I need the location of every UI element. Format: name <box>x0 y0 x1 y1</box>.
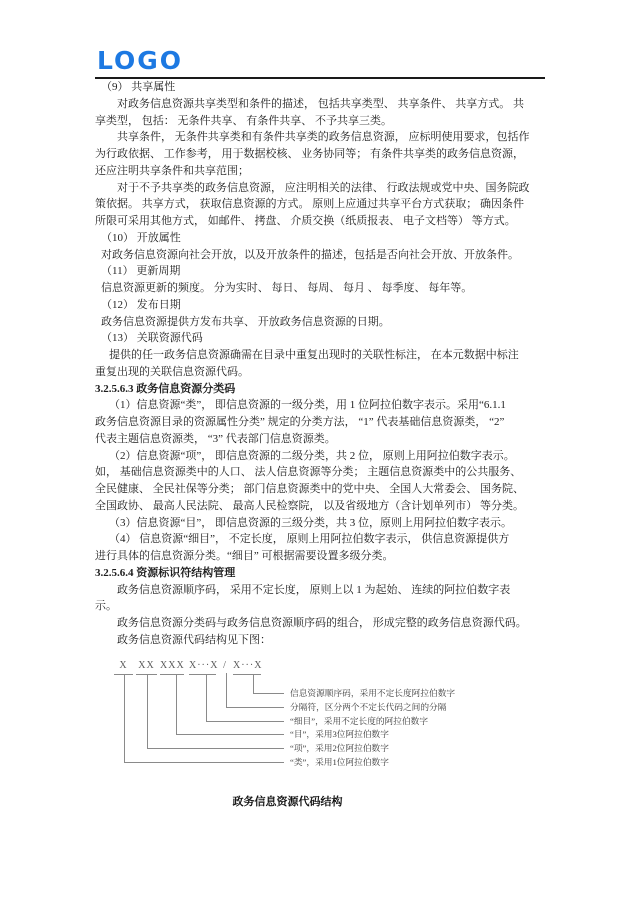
code-segment-detail: X···X <box>189 660 216 675</box>
text-line: 所限可采用其他方式， 如邮件、 拷盘、 介质交换（纸质报表、 电子文档等） 等方… <box>95 213 553 230</box>
text-line: 对于不予共享类的政务信息资源， 应注明相关的法律、 行政法规或党中央、国务院政 <box>95 180 553 197</box>
code-segment-item: XX <box>136 660 157 675</box>
connector-line <box>147 748 284 749</box>
text-line: 信息资源更新的频度。 分为实时、 每日、 每周、 每月 、 每季度、 每年等。 <box>95 280 553 297</box>
text-line: （9） 共享属性 <box>95 79 553 96</box>
connector-line <box>124 762 284 763</box>
diagram-label-separator: 分隔符，区分两个不定长代码之间的分隔 <box>290 702 446 713</box>
text-line: 政务信息资源分类码与政务信息资源顺序码的组合， 形成完整的政务信息资源代码。 <box>95 615 553 632</box>
text-line: （1）信息资源“类”， 即信息资源的一级分类，用 1 位阿拉伯数字表示。采用“6… <box>95 397 553 414</box>
text-line: 政务信息资源代码结构见下图： <box>95 632 553 649</box>
connector-line <box>206 721 284 722</box>
diagram-label-sequence: 信息资源顺序码，采用不定长度阿拉伯数字 <box>290 688 455 699</box>
text-line: 对政务信息资源向社会开放，以及开放条件的描述，包括是否向社会开放、开放条件。 <box>95 247 553 264</box>
connector-line <box>226 707 284 708</box>
text-line: 为行政依据、 工作参考， 用于数据校核、 业务协同等； 有条件共享类的政务信息资… <box>95 146 553 163</box>
connector-line <box>176 734 284 735</box>
text-line: 政务信息资源顺序码， 采用不定长度， 原则上以 1 为起始、 连续的阿拉伯数字表 <box>95 582 553 599</box>
text-line: 重复出现的关联信息资源代码。 <box>95 364 553 381</box>
connector-line <box>253 675 254 693</box>
section-heading: 3.2.5.6.4 资源标识符结构管理 <box>95 565 553 582</box>
company-logo: LOGO <box>97 48 183 73</box>
text-line: 代表主题信息资源类， “3” 代表部门信息资源类。 <box>95 431 553 448</box>
figure-caption: 政务信息资源代码结构 <box>95 793 480 809</box>
diagram-label-class: “类”，采用1位阿拉伯数字 <box>290 757 389 768</box>
text-line: （13） 关联资源代码 <box>95 330 553 347</box>
connector-line <box>147 675 148 748</box>
text-line: 提供的任一政务信息资源确需在目录中重复出现时的关联性标注， 在本元数据中标注 <box>95 347 553 364</box>
text-line: （12） 发布日期 <box>95 297 553 314</box>
code-segment-catalog: XXX <box>160 660 184 675</box>
text-line: 如， 基础信息资源类中的人口、 法人信息资源等分类； 主题信息资源类中的公共服务… <box>95 464 553 481</box>
text-line: 示。 <box>95 598 553 615</box>
text-line: 策依据。 共享方式， 获取信息资源的方式。 原则上应通过共享平台方式获取； 确因… <box>95 196 553 213</box>
text-line: （11） 更新周期 <box>95 263 553 280</box>
diagram-label-catalog: “目”，采用3位阿拉伯数字 <box>290 729 389 740</box>
code-segment-sequence: X···X <box>233 660 261 675</box>
connector-line <box>253 693 284 694</box>
connector-line <box>124 675 125 762</box>
text-line: （2）信息资源“项”， 即信息资源的二级分类，共 2 位， 原则上用阿拉伯数字表… <box>95 448 553 465</box>
text-line: 还应注明共享条件和共享范围； <box>95 163 553 180</box>
text-line: 对政务信息资源共享类型和条件的描述， 包括共享类型、 共享条件、 共享方式。 共 <box>95 96 553 113</box>
connector-line <box>176 675 177 734</box>
text-line: 享类型， 包括： 无条件共享、 有条件共享、 不予共享三类。 <box>95 113 553 130</box>
text-line: 全国政协、 最高人民法院、 最高人民检察院， 以及省级地方（含计划单列市） 等分… <box>95 498 553 515</box>
text-line: 共享条件， 无条件共享类和有条件共享类的政务信息资源， 应标明使用要求，包括作 <box>95 129 553 146</box>
text-line: （10） 开放属性 <box>95 230 553 247</box>
diagram-label-detail: “细目”，采用不定长度的阿拉伯数字 <box>290 716 428 727</box>
text-line: （4） 信息资源“细目”， 不定长度， 原则上用阿拉伯数字表示， 供信息资源提供… <box>95 531 553 548</box>
document-page: LOGO （9） 共享属性对政务信息资源共享类型和条件的描述， 包括共享类型、 … <box>0 0 640 906</box>
text-line: 进行具体的信息资源分类。“细目” 可根据需要设置多级分类。 <box>95 548 553 565</box>
text-line: 政务信息资源提供方发布共享、 开放政务信息资源的日期。 <box>95 314 553 331</box>
text-line: 政务信息资源目录的资源属性分类” 规定的分类方法， “1” 代表基础信息资源类，… <box>95 414 553 431</box>
connector-line <box>226 673 227 707</box>
document-body: （9） 共享属性对政务信息资源共享类型和条件的描述， 包括共享类型、 共享条件、… <box>95 79 553 649</box>
text-line: （3）信息资源“目”， 即信息资源的三级分类，共 3 位，原则上用阿拉伯数字表示… <box>95 515 553 532</box>
section-heading: 3.2.5.6.3 政务信息资源分类码 <box>95 381 553 398</box>
diagram-label-item: “项”，采用2位阿拉伯数字 <box>290 743 389 754</box>
code-segment-class: X <box>114 660 133 675</box>
text-line: 全民健康、 全民社保等分类； 部门信息资源类中的党中央、 全国人大常委会、 国务… <box>95 481 553 498</box>
code-separator-slash: / <box>220 660 230 674</box>
connector-line <box>206 675 207 721</box>
